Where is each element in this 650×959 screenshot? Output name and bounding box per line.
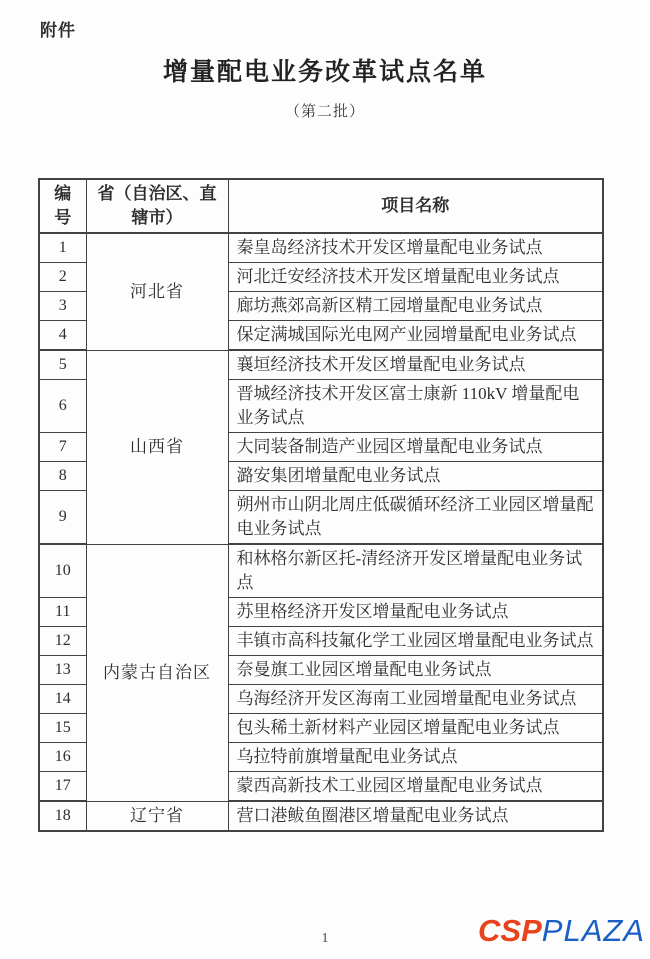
row-number-cell: 13	[39, 656, 86, 685]
province-cell: 辽宁省	[86, 801, 228, 831]
attachment-label: 附件	[40, 16, 76, 41]
project-name-cell: 保定满城国际光电网产业园增量配电业务试点	[228, 321, 603, 351]
project-name-cell: 蒙西高新技术工业园区增量配电业务试点	[228, 772, 603, 802]
row-number-cell: 7	[39, 433, 86, 462]
row-number-cell: 14	[39, 685, 86, 714]
project-name-cell: 包头稀土新材料产业园区增量配电业务试点	[228, 714, 603, 743]
project-name-cell: 河北迁安经济技术开发区增量配电业务试点	[228, 263, 603, 292]
header-project-name: 项目名称	[228, 179, 603, 233]
table-row: 10内蒙古自治区和林格尔新区托-清经济开发区增量配电业务试点	[39, 544, 603, 598]
row-number-cell: 2	[39, 263, 86, 292]
project-name-cell: 乌海经济开发区海南工业园增量配电业务试点	[228, 685, 603, 714]
document-page: 附件 增量配电业务改革试点名单 （第二批） 编 号 省（自治区、直 辖市） 项目…	[0, 0, 650, 959]
row-number-cell: 4	[39, 321, 86, 351]
project-name-cell: 秦皇岛经济技术开发区增量配电业务试点	[228, 233, 603, 263]
header-number: 编 号	[39, 179, 86, 233]
row-number-cell: 10	[39, 544, 86, 598]
row-number-cell: 11	[39, 598, 86, 627]
row-number-cell: 18	[39, 801, 86, 831]
row-number-cell: 5	[39, 350, 86, 380]
row-number-cell: 9	[39, 491, 86, 545]
row-number-cell: 6	[39, 380, 86, 433]
table-row: 1河北省秦皇岛经济技术开发区增量配电业务试点	[39, 233, 603, 263]
row-number-cell: 15	[39, 714, 86, 743]
project-name-cell: 丰镇市高科技氟化学工业园区增量配电业务试点	[228, 627, 603, 656]
row-number-cell: 3	[39, 292, 86, 321]
project-name-cell: 大同装备制造产业园区增量配电业务试点	[228, 433, 603, 462]
header-province: 省（自治区、直 辖市）	[86, 179, 228, 233]
project-name-cell: 和林格尔新区托-清经济开发区增量配电业务试点	[228, 544, 603, 598]
project-name-cell: 潞安集团增量配电业务试点	[228, 462, 603, 491]
row-number-cell: 1	[39, 233, 86, 263]
row-number-cell: 17	[39, 772, 86, 802]
logo-csp-text: CSP	[478, 913, 542, 948]
province-cell: 山西省	[86, 350, 228, 544]
table-row: 18辽宁省营口港鲅鱼圈港区增量配电业务试点	[39, 801, 603, 831]
row-number-cell: 12	[39, 627, 86, 656]
province-cell: 内蒙古自治区	[86, 544, 228, 801]
project-name-cell: 朔州市山阴北周庄低碳循环经济工业园区增量配电业务试点	[228, 491, 603, 545]
project-name-cell: 营口港鲅鱼圈港区增量配电业务试点	[228, 801, 603, 831]
table-header-row: 编 号 省（自治区、直 辖市） 项目名称	[39, 179, 603, 233]
page-title: 增量配电业务改革试点名单	[0, 52, 650, 88]
project-name-cell: 晋城经济技术开发区富士康新 110kV 增量配电业务试点	[228, 380, 603, 433]
project-name-cell: 苏里格经济开发区增量配电业务试点	[228, 598, 603, 627]
logo-plaza-text: PLAZA	[542, 913, 645, 948]
project-name-cell: 襄垣经济技术开发区增量配电业务试点	[228, 350, 603, 380]
project-name-cell: 奈曼旗工业园区增量配电业务试点	[228, 656, 603, 685]
pilot-project-table: 编 号 省（自治区、直 辖市） 项目名称 1河北省秦皇岛经济技术开发区增量配电业…	[38, 178, 604, 832]
project-name-cell: 乌拉特前旗增量配电业务试点	[228, 743, 603, 772]
table-row: 5山西省襄垣经济技术开发区增量配电业务试点	[39, 350, 603, 380]
page-subtitle: （第二批）	[0, 100, 650, 121]
project-name-cell: 廊坊燕郊高新区精工园增量配电业务试点	[228, 292, 603, 321]
row-number-cell: 8	[39, 462, 86, 491]
province-cell: 河北省	[86, 233, 228, 350]
csp-plaza-logo: CSPPLAZA	[478, 913, 645, 955]
row-number-cell: 16	[39, 743, 86, 772]
